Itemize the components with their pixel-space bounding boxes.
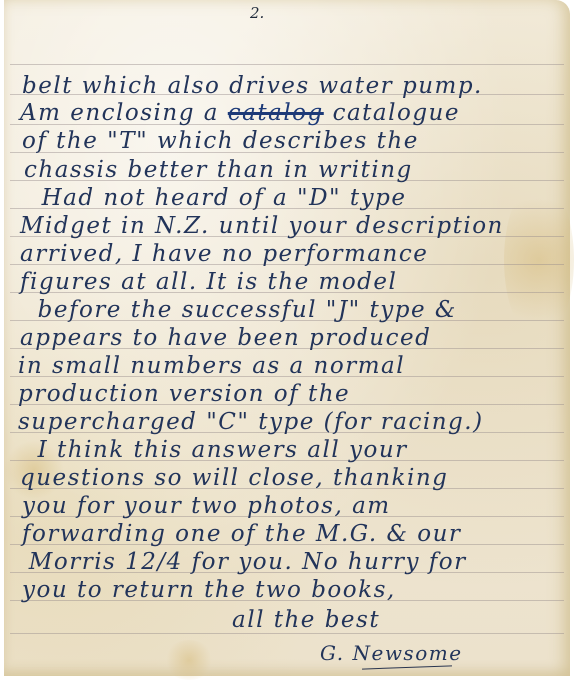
closing: all the best [232, 605, 380, 635]
letter-line: you for your two photos, am [22, 491, 391, 521]
letter-line: Had not heard of a "D" type [24, 183, 406, 213]
letter-line: Morris 12/4 for you. No hurry for [20, 547, 467, 577]
letter-line: figures at all. It is the model [20, 267, 397, 297]
signature: G. Newsome [320, 638, 463, 668]
letter-line: supercharged "C" type (for racing.) [18, 407, 484, 437]
letter-line: I think this answers all your [20, 435, 408, 465]
letter-line: before the successful "J" type & [20, 295, 457, 325]
letter-line: in small numbers as a normal [18, 351, 405, 381]
letter-line: forwarding one of the M.G. & our [22, 519, 461, 549]
letter-line: you to return the two books, [22, 575, 396, 605]
letter-line: of the "T" which describes the [22, 126, 419, 156]
ruled-line [10, 64, 564, 65]
letter-line: Midget in N.Z. until your description [20, 211, 504, 241]
letter-line: production version of the [18, 379, 350, 409]
letter-line: questions so will close, thanking [20, 463, 448, 493]
letter-line: Am enclosing a catalog catalogue [20, 98, 460, 128]
letter-line: appears to have been produced [20, 323, 431, 353]
paper-stain [164, 640, 214, 680]
letter-line: belt which also drives water pump. [22, 71, 483, 101]
letter-line: arrived, I have no performance [20, 239, 428, 269]
letter-line: chassis better than in writing [24, 155, 413, 185]
paper-stain [504, 180, 574, 340]
page-number: 2. [250, 4, 264, 22]
struck-word: catalog [228, 100, 324, 126]
